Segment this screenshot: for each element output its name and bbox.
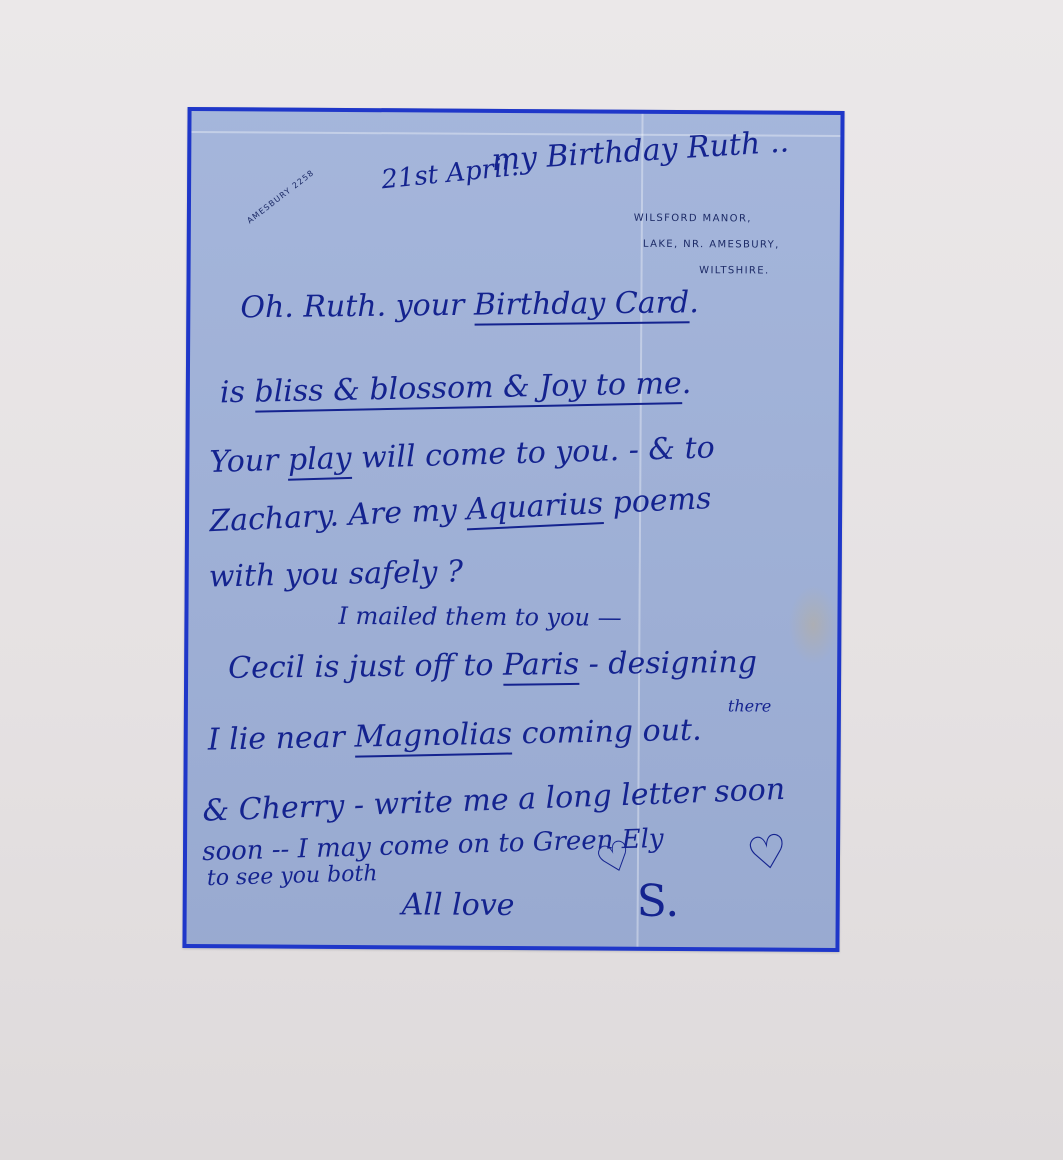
letter-closing: All love (402, 887, 515, 923)
letter-line-insert: there (728, 696, 771, 715)
letter-line: to see you both (207, 861, 378, 891)
letter-line: I mailed them to you — (338, 602, 621, 632)
letter-line: & Cherry - write me a long letter soon (202, 772, 786, 829)
letter-paper: AMESBURY 2258 WILSFORD MANOR, LAKE, NR. … (182, 107, 844, 952)
letterhead-phone: AMESBURY 2258 (245, 168, 316, 225)
letter-line: with you safely ? (208, 554, 463, 594)
letter-line: Cecil is just off to Paris - designing (228, 645, 757, 686)
letterhead-address: WILSFORD MANOR, LAKE, NR. AMESBURY, WILT… (633, 206, 780, 285)
letter-line: Zachary. Are my Aquarius poems (209, 481, 713, 539)
heart-icon: ♡ (743, 826, 791, 878)
address-line: LAKE, NR. AMESBURY, (634, 232, 780, 259)
paper-stain (788, 585, 838, 665)
address-line: WILSFORD MANOR, (634, 206, 752, 233)
address-line: WILTSHIRE. (633, 258, 769, 285)
letter-line: is bliss & blossom & Joy to me. (220, 366, 692, 410)
letter-line: I lie near Magnolias coming out. (207, 713, 701, 758)
letter-signature: S. (637, 876, 680, 927)
letter-line: Oh. Ruth. your Birthday Card. (240, 285, 699, 325)
